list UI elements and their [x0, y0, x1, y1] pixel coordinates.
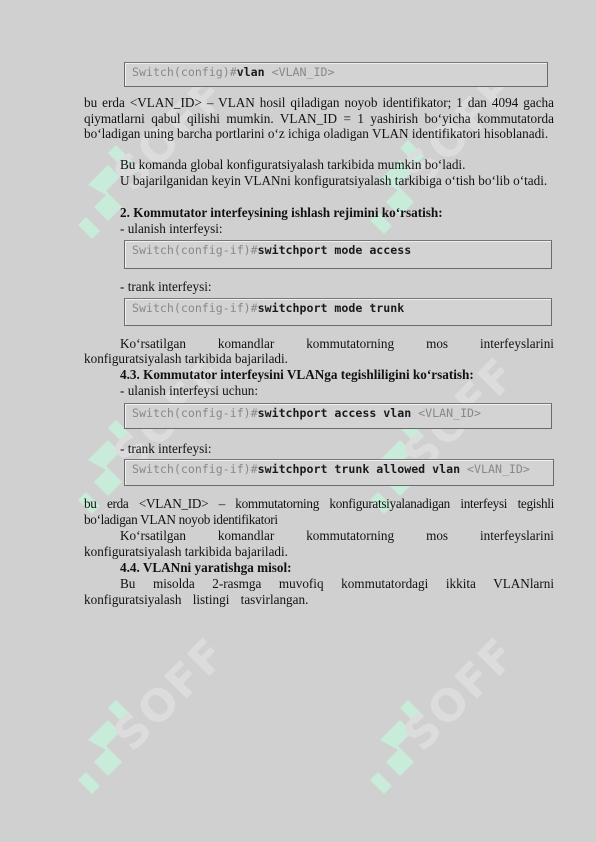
code-block-mode-trunk: Switch(config-if)#switchport mode trunk	[124, 298, 552, 326]
code-block-vlan: Switch(config)#vlan <VLAN_ID>	[124, 62, 548, 87]
paragraph-commands-line-2: Ko‘rsatilgankomandlarkommutatorningmosin…	[120, 528, 554, 544]
code-block-mode-access: Switch(config-if)#switchport mode access	[124, 240, 552, 269]
soff-logo-icon	[78, 700, 138, 795]
paragraph-vlan-id: bu erda <VLAN_ID> – VLAN hosil qiladigan…	[84, 95, 554, 142]
paragraph-commands-line: Ko‘rsatilgankomandlarkommutatorningmosin…	[120, 336, 554, 352]
soff-logo-icon	[370, 700, 430, 795]
code-block-trunk-allowed: Switch(config-if)#switchport trunk allow…	[124, 459, 554, 486]
watermark-text: SOFF	[104, 628, 237, 761]
label-access-interface: - ulanish interfeysi:	[120, 221, 223, 237]
code-block-access-vlan: Switch(config-if)#switchport access vlan…	[124, 403, 552, 429]
heading-4-3: 4.3. Kommutator interfeysini VLANga tegi…	[120, 367, 474, 383]
paragraph-example: Bu misolda 2-rasmga muvofiq kommutatorda…	[84, 576, 554, 607]
label-trunk-interface-2: - trank interfeysi:	[120, 441, 212, 457]
heading-4-4: 4.4. VLANni yaratishga misol:	[120, 560, 292, 576]
paragraph-commands-tail-2: konfiguratsiyalash tarkibida bajariladi.	[84, 544, 554, 560]
watermark-text: SOFF	[394, 628, 527, 761]
label-trunk-interface: - trank interfeysi:	[120, 279, 212, 295]
paragraph-global-config: Bu komanda global konfiguratsiyalash tar…	[84, 157, 554, 173]
paragraph-commands-tail: konfiguratsiyalash tarkibida bajariladi.	[84, 351, 554, 367]
heading-interface-mode: 2. Kommutator interfeysining ishlash rej…	[120, 205, 443, 221]
paragraph-vlan-mode: U bajarilganidan keyin VLANni konfigurat…	[84, 173, 554, 189]
label-access-interface-for: - ulanish interfeysi uchun:	[120, 383, 258, 399]
paragraph-vlan-id-2: bu erda <VLAN_ID> – kommutatorning konfi…	[84, 496, 554, 527]
